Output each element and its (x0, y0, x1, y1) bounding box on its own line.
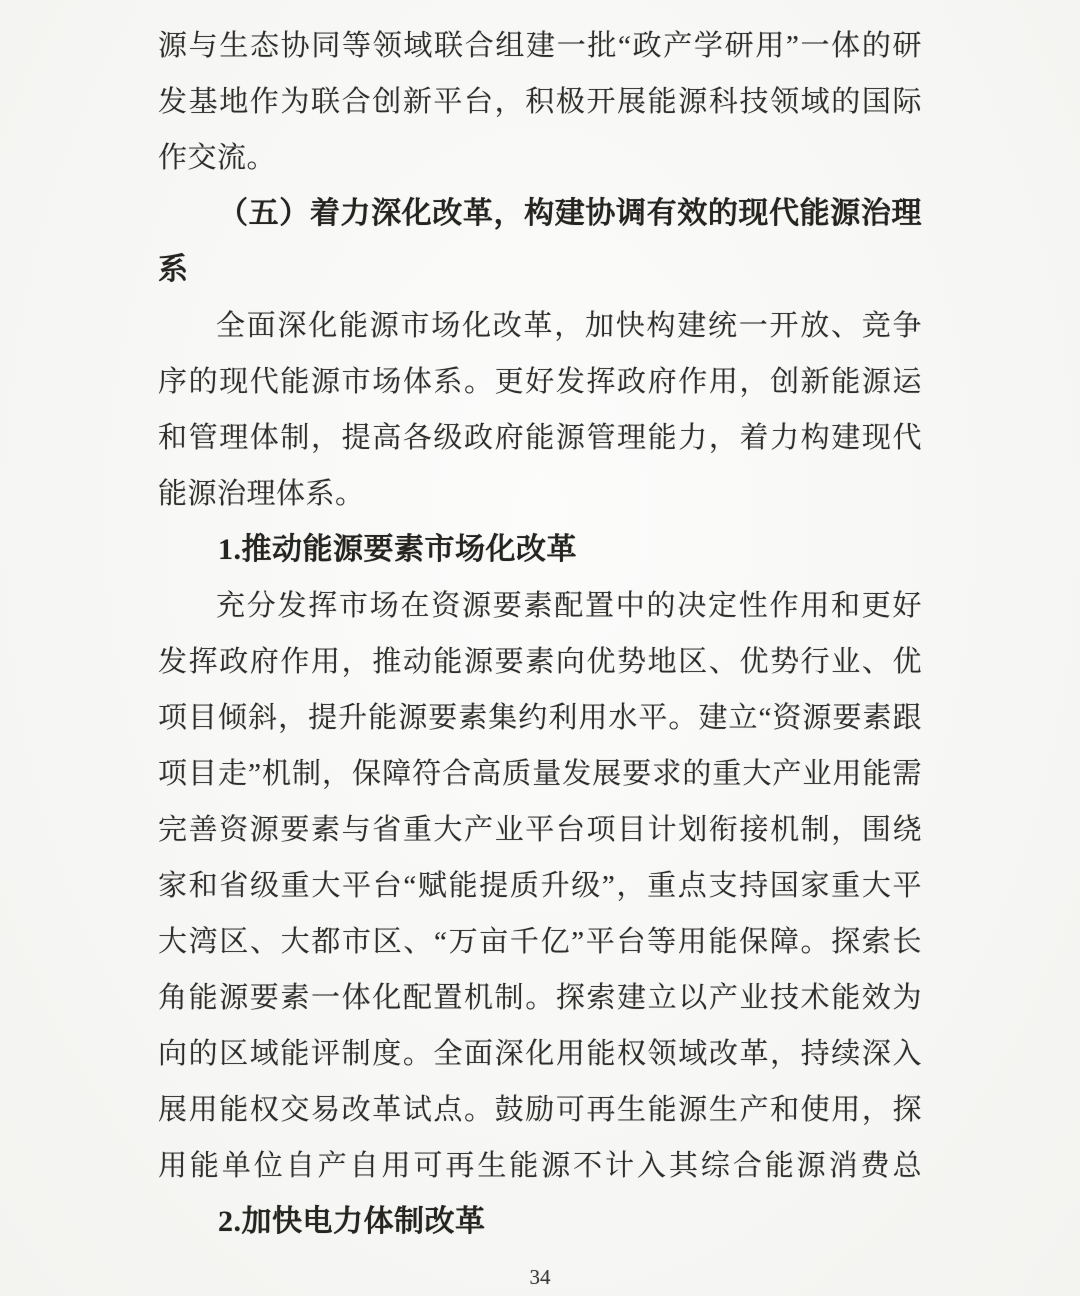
subsection-heading-line: 1.推动能源要素市场化改革 (158, 522, 922, 578)
document-page: 源与生态协同等领域联合组建一批“政产学研用”一体的研发基地作为联合创新平台，积极… (0, 0, 1080, 1296)
text-line: 源与生态协同等领域联合组建一批“政产学研用”一体的研 (158, 18, 922, 74)
text-line: 大湾区、大都市区、“万亩千亿”平台等用能保障。探索长三 (158, 914, 922, 970)
text-line: 角能源要素一体化配置机制。探索建立以产业技术能效为导 (158, 970, 922, 1026)
text-line: 全面深化能源市场化改革，加快构建统一开放、竞争有 (158, 298, 922, 354)
text-line: 完善资源要素与省重大产业平台项目计划衔接机制，围绕国 (158, 802, 922, 858)
text-line: 能源治理体系。 (158, 466, 922, 522)
text-line: 作交流。 (158, 130, 922, 186)
page-number: 34 (0, 1265, 1080, 1290)
text-line: 序的现代能源市场体系。更好发挥政府作用，创新能源运行 (158, 354, 922, 410)
section-heading-line: 系 (158, 242, 922, 298)
text-line: 展用能权交易改革试点。鼓励可再生能源生产和使用，探索 (158, 1082, 922, 1138)
text-line: 和管理体制，提高各级政府能源管理能力，着力构建现代化 (158, 410, 922, 466)
text-line: 用能单位自产自用可再生能源不计入其综合能源消费总量。 (158, 1138, 922, 1194)
text-line: 发挥政府作用，推动能源要素向优势地区、优势行业、优势 (158, 634, 922, 690)
text-line: 发基地作为联合创新平台，积极开展能源科技领域的国际合 (158, 74, 922, 130)
text-line: 项目走”机制，保障符合高质量发展要求的重大产业用能需求。 (158, 746, 922, 802)
section-heading-line: （五）着力深化改革，构建协调有效的现代能源治理体 (158, 186, 922, 242)
text-line: 家和省级重大平台“赋能提质升级”，重点支持国家重大平台、 (158, 858, 922, 914)
text-line: 向的区域能评制度。全面深化用能权领域改革，持续深入开 (158, 1026, 922, 1082)
subsection-heading-line: 2.加快电力体制改革 (158, 1194, 922, 1250)
text-line: 项目倾斜，提升能源要素集约利用水平。建立“资源要素跟着 (158, 690, 922, 746)
text-column: 源与生态协同等领域联合组建一批“政产学研用”一体的研发基地作为联合创新平台，积极… (158, 18, 922, 1250)
text-line: 充分发挥市场在资源要素配置中的决定性作用和更好 (158, 578, 922, 634)
